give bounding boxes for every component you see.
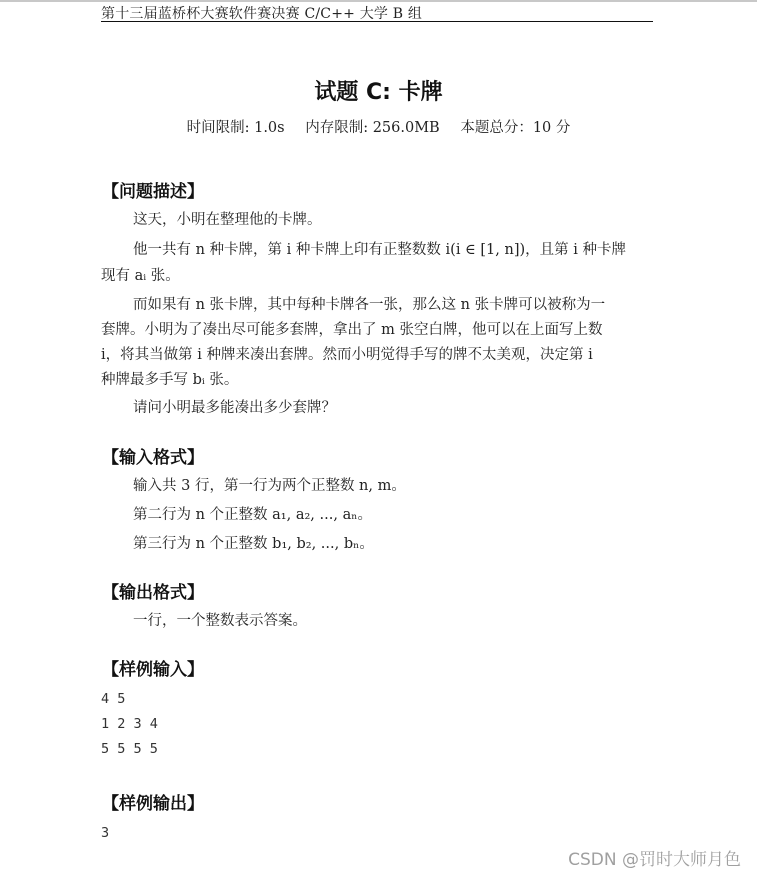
watermark: CSDN @罚时大师月色 (568, 845, 741, 870)
description-line: 而如果有 n 张卡牌，其中每种卡牌各一张，那么这 n 张卡牌可以被称为一 (133, 295, 605, 315)
description-line: 现有 aᵢ 张。 (101, 266, 180, 286)
description-line: 他一共有 n 种卡牌，第 i 种卡牌上印有正整数数 i(i ∈ [1, n])，… (133, 240, 626, 260)
heading-sample-input: 【样例输入】 (102, 655, 204, 680)
input-format-line: 第三行为 n 个正整数 b₁, b₂, ..., bₙ。 (133, 534, 374, 554)
sample-input-line: 1 2 3 4 (101, 716, 158, 732)
sample-input-line: 5 5 5 5 (101, 741, 158, 757)
sample-output-line: 3 (101, 825, 109, 841)
problem-meta: 时间限制: 1.0s 内存限制: 256.0MB 本题总分：10 分 (0, 116, 757, 137)
top-border (0, 0, 757, 2)
description-line: 种牌最多手写 bᵢ 张。 (101, 370, 238, 390)
header-rule (101, 21, 653, 22)
sample-input-line: 4 5 (101, 691, 125, 707)
running-head: 第十三届蓝桥杯大赛软件赛决赛 C/C++ 大学 B 组 (101, 3, 422, 23)
description-line: 这天，小明在整理他的卡牌。 (133, 210, 322, 230)
time-limit: 时间限制: 1.0s (187, 120, 285, 136)
input-format-line: 输入共 3 行，第一行为两个正整数 n, m。 (133, 476, 406, 496)
heading-sample-output: 【样例输出】 (102, 789, 204, 814)
output-format-line: 一行，一个整数表示答案。 (133, 611, 307, 631)
description-line: i，将其当做第 i 种牌来凑出套牌。然而小明觉得手写的牌不太美观，决定第 i (101, 345, 593, 365)
heading-input-format: 【输入格式】 (102, 443, 204, 468)
input-format-line: 第二行为 n 个正整数 a₁, a₂, ..., aₙ。 (133, 505, 372, 525)
total-score: 本题总分：10 分 (460, 120, 570, 136)
description-line: 套牌。小明为了凑出尽可能多套牌，拿出了 m 张空白牌，他可以在上面写上数 (101, 320, 602, 340)
heading-description: 【问题描述】 (102, 177, 204, 202)
memory-limit: 内存限制: 256.0MB (305, 120, 440, 136)
description-line: 请问小明最多能凑出多少套牌？ (133, 398, 336, 418)
heading-output-format: 【输出格式】 (102, 578, 204, 603)
problem-title: 试题 C: 卡牌 (0, 75, 757, 106)
